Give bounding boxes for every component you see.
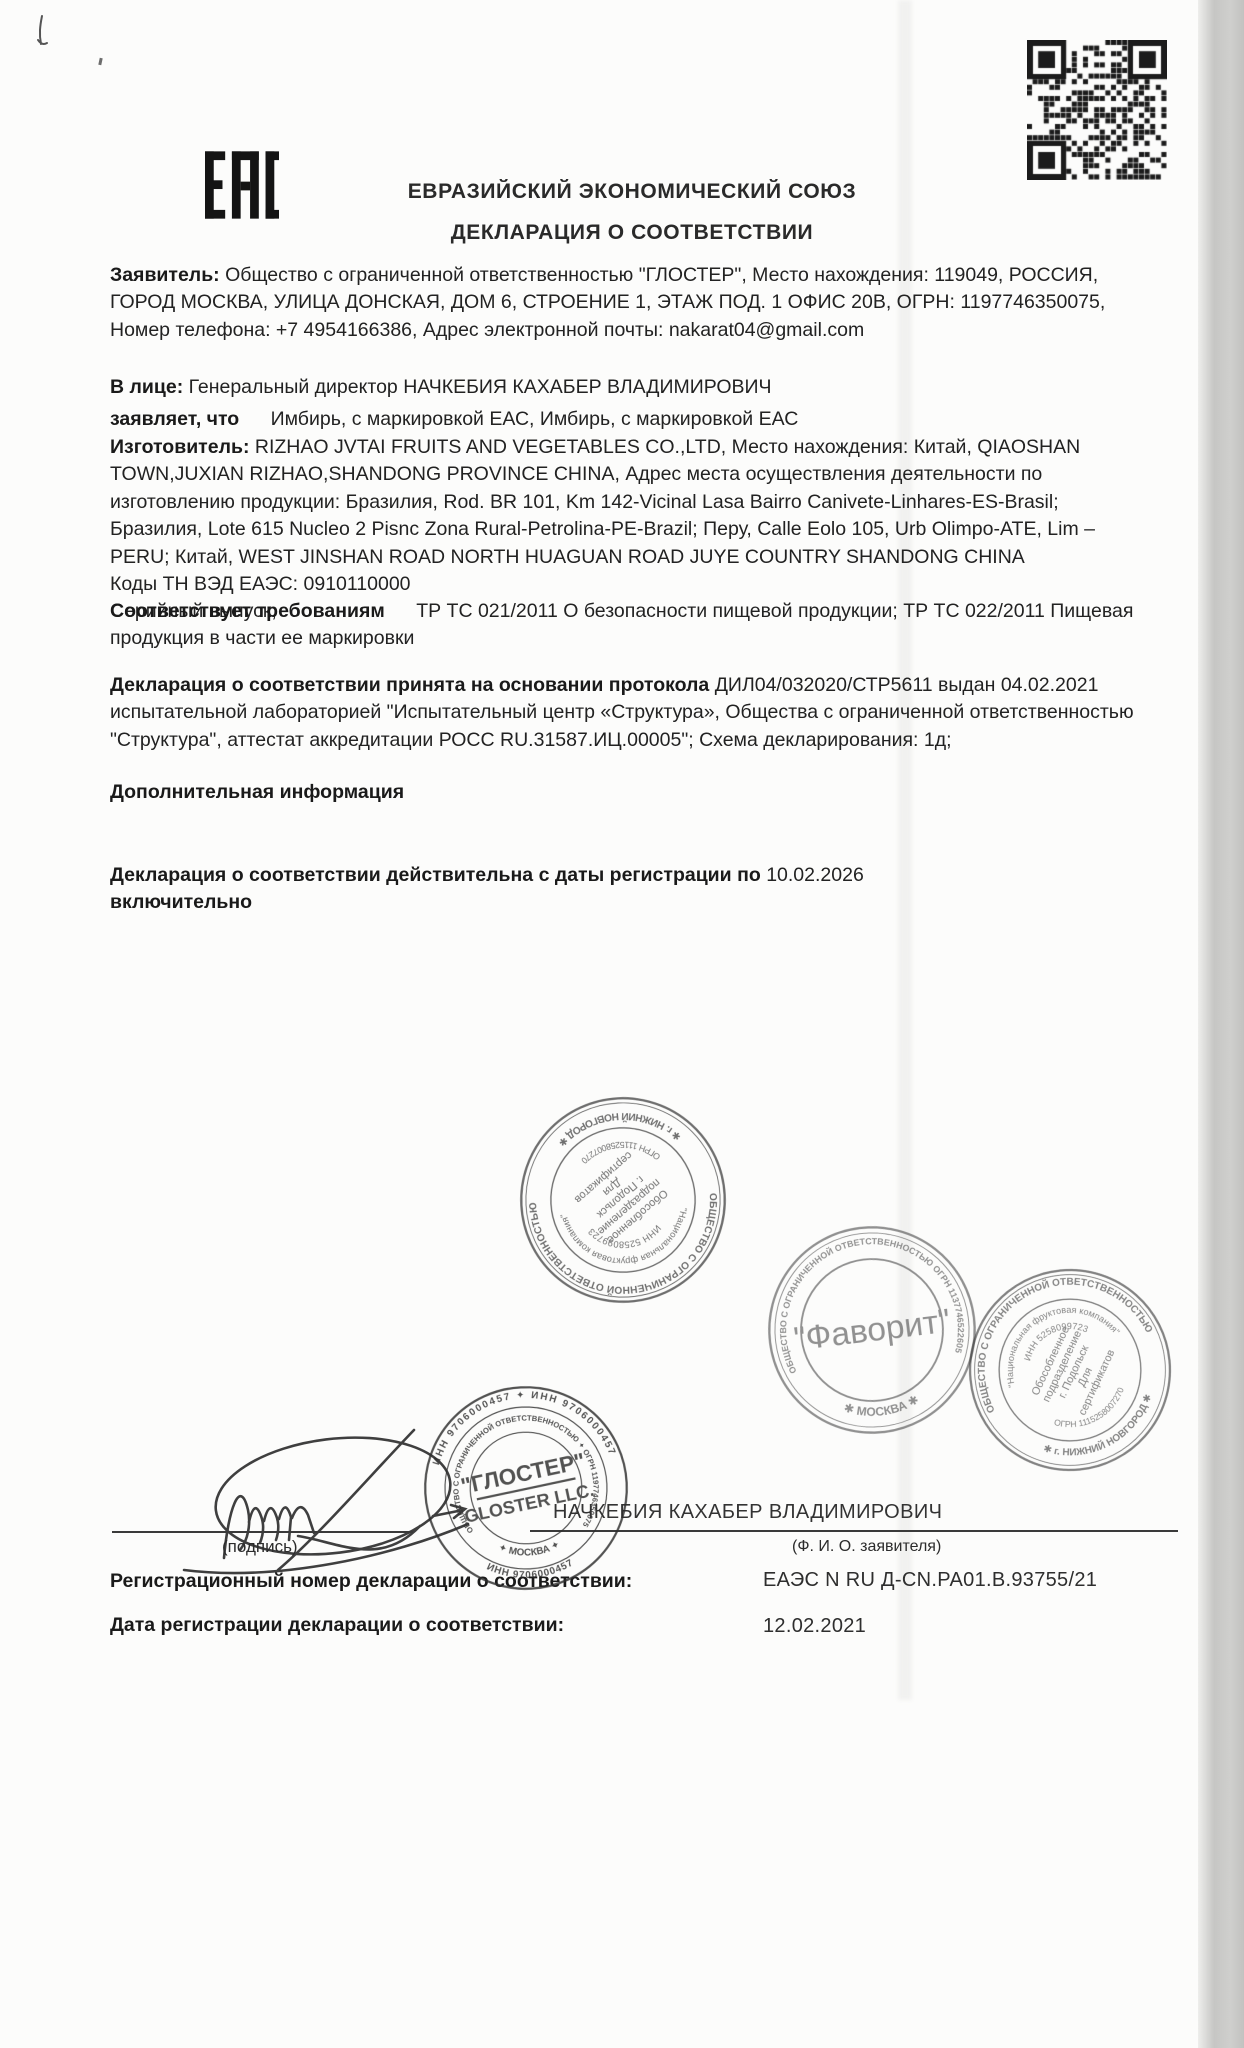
stamp3-center-1: Обособленное [1030,1325,1072,1398]
validity-label: Декларация о соответствии действительна … [110,864,761,886]
validity-paragraph: Декларация о соответствии действительна … [110,862,1154,917]
stamp-favorit: ОБЩЕСТВО С ОГРАНИЧЕННОЙ ОТВЕТСТВЕННОСТЬЮ… [747,1205,997,1455]
applicant-paragraph: Заявитель: Общество с ограниченной ответ… [110,262,1154,344]
stamp-national-fruit-company-2: ОБЩЕСТВО С ОГРАНИЧЕННОЙ ОТВЕТСТВЕННОСТЬЮ… [923,1223,1216,1516]
stamp3-center-2: подразделение [1041,1329,1085,1404]
stamp3-city-ring: ✱ г. НИЖНИЙ НОВГОРОД ✱ [1038,1389,1166,1477]
in-person-text: Генеральный директор НАЧКЕБИЯ КАХАБЕР ВЛ… [189,376,772,398]
stamp3-center-4: Для [1076,1366,1095,1389]
tn-ved-line: Коды ТН ВЭД ЕАЭС: 0910110000 [110,571,1154,598]
stamp3-center-3: г. Подольск [1056,1343,1091,1400]
union-title: ЕВРАЗИЙСКИЙ ЭКОНОМИЧЕСКИЙ СОЮЗ [110,180,1154,204]
stamp3-center-5: сертификатов [1076,1348,1117,1418]
document-title: ДЕКЛАРАЦИЯ О СООТВЕТСТВИИ [110,221,1154,245]
stamp1-center-5: сертификатов [572,1149,635,1206]
manufacturer-label: Изготовитель: [110,436,249,458]
stamp3-company-ring: "Национальная фруктовая компания" [983,1283,1123,1391]
manufacturer-text: RIZHAO JVTAI FRUITS AND VEGETABLES CO.,L… [110,436,1095,568]
stamp1-city-ring: ✱ г. НИЖНИЙ НОВГОРОД ✱ [554,1107,684,1149]
applicant-label: Заявитель: [110,264,220,286]
svg-text:ОБЩЕСТВО С ОГРАНИЧЕННОЙ ОТВЕТС: ОБЩЕСТВО С ОГРАНИЧЕННОЙ ОТВЕТСТВЕННОСТЬЮ [944,1244,1155,1415]
svg-text:✦ МОСКВА ✦: ✦ МОСКВА ✦ [496,1539,562,1560]
validity-suffix: включительно [110,889,1154,916]
basis-paragraph: Декларация о соответствии принята на осн… [110,672,1154,754]
svg-text:"Национальная фруктовая компан: "Национальная фруктовая компания" [558,1207,691,1270]
reg-date-label: Дата регистрации декларации о соответств… [110,1614,564,1637]
applicant-text: Общество с ограниченной ответственностью… [110,264,1105,341]
stamp3-org-ring: ОБЩЕСТВО С ОГРАНИЧЕННОЙ ОТВЕТСТВЕННОСТЬЮ [944,1244,1155,1415]
reg-date-value: 12.02.2021 [763,1615,866,1638]
stamp4-city-ring: ✦ МОСКВА ✦ [496,1539,562,1560]
declares-label: заявляет, что [110,408,239,430]
declares-text: Имбирь, с маркировкой ЕАС, Имбирь, с мар… [271,408,799,430]
name-line [530,1530,1178,1532]
stamp1-ogrn-ring: ОГРН 1115258007270 [578,1138,662,1167]
reg-number-value: ЕАЭС N RU Д-CN.РА01.В.93755/21 [763,1569,1097,1592]
scan-fold-band [898,0,912,1700]
svg-text:ОГРН 1115258007270: ОГРН 1115258007270 [578,1138,662,1167]
validity-date: 10.02.2026 [766,864,864,886]
svg-text:✱ г. НИЖНИЙ НОВГОРОД ✱: ✱ г. НИЖНИЙ НОВГОРОД ✱ [1038,1389,1166,1477]
name-caption: (Ф. И. О. заявителя) [792,1538,941,1556]
stamp2-org-ring: ОБЩЕСТВО С ОГРАНИЧЕННОЙ ОТВЕТСТВЕННОСТЬЮ… [767,1225,969,1376]
signature [128,1418,498,1593]
stamp1-center-4: Для [600,1176,623,1198]
stamp1-center-2: подразделение [595,1176,662,1237]
svg-text:ИНН 5258099723: ИНН 5258099723 [1014,1309,1092,1365]
svg-text:ИНН 5258099723: ИНН 5258099723 [586,1223,664,1252]
stamp1-company-ring: "Национальная фруктовая компания" [558,1207,691,1270]
stamp-national-fruit-company-1: ОБЩЕСТВО С ОГРАНИЧЕННОЙ ОТВЕТСТВЕННОСТЬЮ… [506,1083,739,1316]
svg-text:ОБЩЕСТВО С ОГРАНИЧЕННОЙ ОТВЕТС: ОБЩЕСТВО С ОГРАНИЧЕННОЙ ОТВЕТСТВЕННОСТЬЮ… [767,1225,969,1376]
document-page: ЕАС ЕВРАЗИЙСКИЙ ЭКОНОМИЧЕСКИЙ СОЮЗ ДЕКЛА… [0,0,1244,2048]
basis-label: Декларация о соответствии принята на осн… [110,674,709,696]
signature-caption: (подпись) [222,1537,298,1557]
stamp2-center-1: "Фаворит" [792,1303,952,1359]
svg-text:"Национальная фруктовая компан: "Национальная фруктовая компания" [983,1283,1123,1391]
svg-text:✱ г. НИЖНИЙ НОВГОРОД ✱: ✱ г. НИЖНИЙ НОВГОРОД ✱ [554,1107,684,1149]
signature-line [112,1531,413,1533]
stamp3-inn-ring: ИНН 5258099723 [1014,1309,1092,1365]
conforms-paragraph: Соответствует требованиям ТР ТС 021/2011… [110,598,1154,653]
manufacturer-block: Изготовитель: RIZHAO JVTAI FRUITS AND VE… [110,434,1154,571]
scan-edge-band [1198,0,1244,2048]
stamp1-inn-ring: ИНН 5258099723 [586,1223,664,1252]
reg-number-label: Регистрационный номер декларации о соотв… [110,1570,632,1593]
stamp1-center-3: г. Подольск [594,1173,646,1220]
in-person-label: В лице: [110,376,183,398]
applicant-name: НАЧКЕБИЯ КАХАБЕР ВЛАДИМИРОВИЧ [553,1501,942,1524]
stamp3-ogrn-ring: ОГРН 1115258007270 [1050,1383,1134,1441]
stamp1-org-ring: ОБЩЕСТВО С ОГРАНИЧЕННОЙ ОТВЕТСТВЕННОСТЬЮ [528,1192,723,1301]
conforms-label: Соответствует требованиям [110,600,385,622]
stamp1-center-1: Обособленное [604,1187,669,1246]
svg-text:ОГРН 1115258007270: ОГРН 1115258007270 [1050,1383,1134,1441]
svg-text:ОБЩЕСТВО С ОГРАНИЧЕННОЙ ОТВЕТС: ОБЩЕСТВО С ОГРАНИЧЕННОЙ ОТВЕТСТВЕННОСТЬЮ [528,1192,723,1301]
scan-pen-mark [34,14,60,48]
additional-info-label: Дополнительная информация [110,779,1154,806]
in-person-paragraph: В лице: Генеральный директор НАЧКЕБИЯ КА… [110,374,1154,401]
eac-logo-text: ЕАС [0,0,1,1]
declares-paragraph: заявляет, что Имбирь, с маркировкой ЕАС,… [110,406,1154,433]
qr-code [1027,40,1167,180]
scan-dot-mark [98,58,102,65]
